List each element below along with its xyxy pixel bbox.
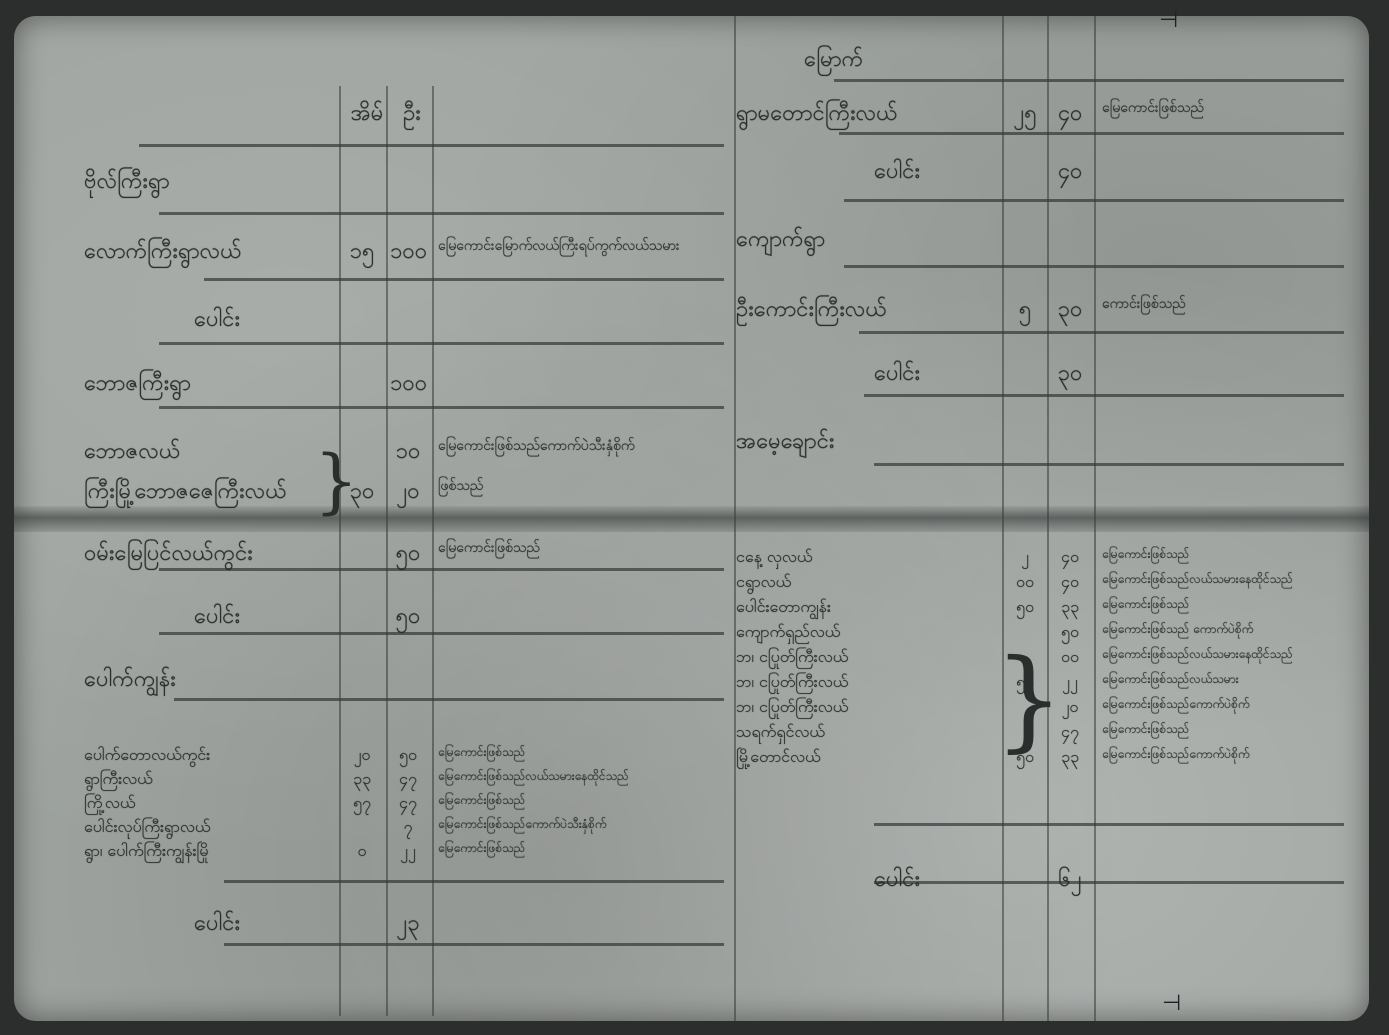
row-value-a: ၃၃	[344, 768, 380, 792]
row-name: အမေ့ချောင်း	[736, 426, 834, 459]
row-name: ကျောက်ရှည်လယ်	[736, 621, 840, 645]
row-total-label: ပေါင်း	[194, 601, 240, 634]
row-value-b: ၂၀	[390, 476, 426, 509]
row-value-b: ၇	[390, 816, 426, 840]
row-description: မြေကောင်းဖြစ်သည်	[438, 538, 540, 559]
column-rule	[1094, 16, 1096, 1021]
row-name: ရွာမတောင်ကြီးလယ်	[736, 98, 898, 131]
row-value-b: ၁၀၀	[390, 368, 426, 401]
column-header: အိမ်	[349, 98, 385, 131]
row-name: ရွာ၊ ပေါက်ကြီးကျွန်းမြို	[84, 840, 208, 864]
row-value-b: ၃၀	[1052, 358, 1088, 391]
row-description: မြေကောင်းဖြစ်သည်	[1102, 546, 1189, 564]
row-total-label: ပေါင်း	[874, 358, 920, 391]
row-value-b: ၄၇	[390, 792, 426, 816]
row-rule	[159, 212, 724, 215]
row-value-b: ၃၃	[1052, 596, 1088, 620]
column-header: ဦး	[394, 98, 430, 131]
row-rule	[139, 144, 724, 147]
row-value-b: ၁၀၀	[390, 236, 426, 269]
row-description: မြေကောင်းဖြစ်သည်	[1102, 98, 1204, 119]
row-name: ပေါက်ကျွန်း	[84, 664, 176, 697]
row-rule	[864, 394, 1344, 397]
manuscript-sheet: အိမ် ဦး မြောက် ဗိုလ်ကြီးရွာလောက်ကြီးရွာလ…	[14, 16, 1369, 1021]
row-name: ဦးကောင်းကြီးလယ်	[736, 294, 887, 327]
row-name: ကြို့လယ်	[84, 792, 135, 816]
row-value-a: ၀၀	[1007, 571, 1043, 595]
column-rule	[339, 86, 341, 1016]
row-value-a: ၅၇	[344, 792, 380, 816]
fold-mark: ⊣	[1162, 991, 1181, 1016]
row-description: မြေကောင်းဖြစ်သည်လယ်သမားနေထိုင်သည်	[438, 768, 629, 786]
grouping-brace: }	[994, 644, 1064, 754]
row-description: မြေကောင်းဖြစ်သည်လယ်သမားနေထိုင်သည်	[1102, 646, 1293, 664]
row-name: မြို့တောင်လယ်	[736, 746, 821, 770]
column-rule	[1002, 16, 1004, 1021]
row-rule	[159, 632, 724, 635]
fold-mark: ⊣	[1159, 8, 1178, 33]
row-value-a: ၂	[1007, 546, 1043, 570]
row-description: မြေကောင်းဖြစ်သည်လယ်သမားနေထိုင်သည်	[1102, 571, 1293, 589]
row-name: ပေါင်းတောကျွန်း	[736, 596, 831, 620]
row-total-label: ပေါင်း	[874, 156, 920, 189]
row-value-b: ၅၀	[390, 601, 426, 634]
row-description: မြေကောင်းဖြစ်သည်ကောက်ပဲစိုက်	[1102, 746, 1250, 764]
row-rule	[874, 463, 1344, 466]
row-rule	[874, 881, 1344, 884]
row-name: ဘောဇလယ်	[84, 436, 180, 469]
row-name: ပေါင်းလုပ်ကြီးရွာလယ်	[84, 816, 210, 840]
row-value-a: ၂၀	[344, 744, 380, 768]
row-description: မြေကောင်းဖြစ်သည်ကောက်ပဲသီးနှံစိုက်	[438, 816, 606, 834]
row-name: ကြီးမြို့ဘောဇဇေကြီးလယ်	[84, 476, 287, 509]
row-value-b: ၅၀	[390, 744, 426, 768]
column-rule	[432, 86, 434, 1016]
row-rule	[839, 132, 1344, 135]
row-name: ဘောဇကြီးရွာ	[84, 368, 191, 401]
row-description: မြေကောင်းဖြစ်သည်ကောက်ပဲသီးနှံစိုက်	[438, 436, 635, 457]
column-rule	[1047, 16, 1049, 1021]
row-rule	[224, 880, 724, 883]
row-name: ရွာကြီးလယ်	[84, 768, 153, 792]
row-value-a: ၁၅	[344, 236, 380, 269]
row-description: မြေကောင်းဖြစ်သည်	[1102, 596, 1189, 614]
grouping-brace: }	[314, 446, 359, 516]
row-value-b: ၂၃	[390, 908, 426, 941]
row-rule	[844, 199, 1344, 202]
row-name: ငရွာလယ်	[736, 571, 791, 595]
row-value-a: ၅၀	[1007, 596, 1043, 620]
row-rule	[224, 943, 724, 946]
row-rule	[159, 406, 724, 409]
row-value-a: ၂၅	[1007, 98, 1043, 131]
row-value-a: ၀	[344, 840, 380, 864]
row-name: သရက်ရှင်လယ်	[736, 721, 825, 745]
row-name: ဘ၊ ငပြုတ်ကြီးလယ်	[736, 646, 848, 670]
row-value-b: ၄၀	[1052, 546, 1088, 570]
row-value-b: ၄၀	[1052, 571, 1088, 595]
row-value-b: ၂၂	[390, 840, 426, 864]
row-total-label: ပေါင်း	[194, 304, 240, 337]
row-total-label: ပေါင်း	[194, 908, 240, 941]
row-name: ငနေ့ လှလယ်	[736, 546, 812, 570]
row-name: ဗိုလ်ကြီးရွာ	[84, 166, 170, 199]
row-rule	[844, 265, 1344, 268]
row-name: ကျောက်ရွာ	[736, 224, 825, 257]
row-rule	[204, 278, 724, 281]
row-description: ကောင်းဖြစ်သည်	[1102, 294, 1186, 315]
row-name: ဘ၊ ငပြုတ်ကြီးလယ်	[736, 696, 848, 720]
row-description: မြေကောင်းဖြစ်သည်	[438, 792, 525, 810]
row-name: ဝမ်းမြေပြင်လယ်ကွင်း	[84, 538, 253, 571]
row-description: မြေကောင်းဖြစ်သည်	[438, 840, 525, 858]
row-value-b: ၁၀	[390, 436, 426, 469]
row-name: ပေါက်တောလယ်ကွင်း	[84, 744, 210, 768]
row-rule	[159, 342, 724, 345]
page-header: မြောက်	[804, 44, 863, 77]
row-rule	[174, 698, 724, 701]
row-description: မြေကောင်းမြောက်လယ်ကြီးရပ်ကွက်လယ်သမား	[438, 236, 680, 257]
center-rule	[734, 16, 736, 1021]
row-value-b: ၄၇	[390, 768, 426, 792]
row-value-b: ၄၀	[1052, 98, 1088, 131]
page-fold	[14, 506, 1369, 532]
row-value-b: ၃၀	[1052, 294, 1088, 327]
row-value-b: ၄၀	[1052, 156, 1088, 189]
row-rule	[834, 79, 1344, 82]
row-value-b: ၆၂	[1052, 864, 1088, 897]
row-description: မြေကောင်းဖြစ်သည်	[1102, 721, 1189, 739]
row-description: မြေကောင်းဖြစ်သည်	[438, 744, 525, 762]
row-value-b: ၅၀	[390, 538, 426, 571]
row-description: မြေကောင်းဖြစ်သည်လယ်သမား	[1102, 671, 1239, 689]
column-rule	[386, 86, 388, 1016]
row-description: မြေကောင်းဖြစ်သည်ကောက်ပဲစိုက်	[1102, 696, 1250, 714]
row-name: လောက်ကြီးရွာလယ်	[84, 236, 242, 269]
row-value-a: ၅	[1007, 294, 1043, 327]
row-description: ဖြစ်သည်	[438, 476, 483, 497]
row-rule	[859, 331, 1344, 334]
row-description: မြေကောင်းဖြစ်သည် ကောက်ပဲစိုက်	[1102, 621, 1253, 639]
row-rule	[874, 823, 1344, 826]
row-name: ဘ၊ ငပြုတ်ကြီးလယ်	[736, 671, 848, 695]
row-total-label: ပေါင်း	[874, 864, 920, 897]
